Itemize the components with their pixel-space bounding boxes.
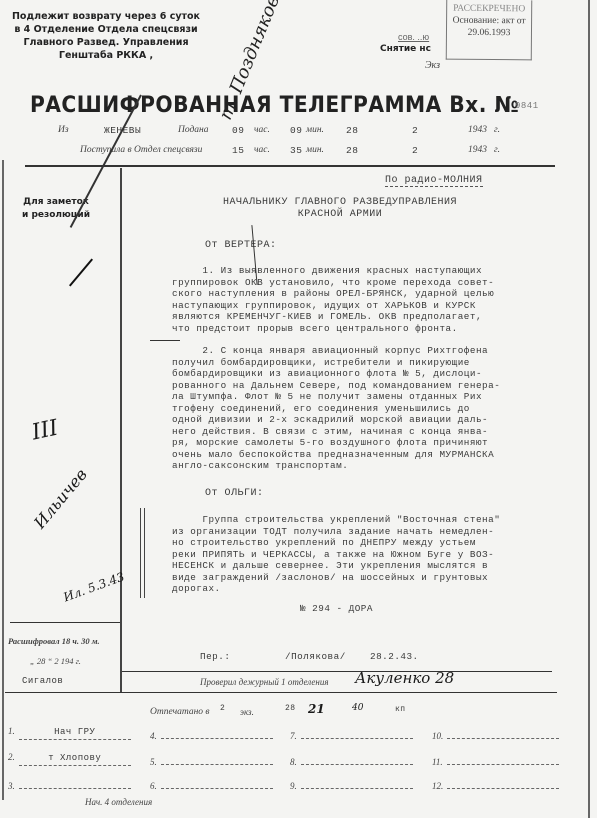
text-line: англо-саксонским транспортам. xyxy=(172,460,500,472)
distribution-recipient xyxy=(301,726,413,739)
text-line: реки ПРИПЯТЬ и ЧЕРКАССЫ, а также на Южно… xyxy=(172,549,500,561)
divider xyxy=(150,340,180,341)
received-day: 28 xyxy=(346,145,358,156)
distribution-recipient xyxy=(161,752,273,765)
year-suffix: г. xyxy=(494,145,500,155)
distribution-item: 6. xyxy=(150,776,273,791)
text-line: одной дивизии и 2-х эскадрилий морской а… xyxy=(172,414,500,426)
text-line: бомбардировщики из авиационного флота № … xyxy=(172,368,500,380)
text-line: него действия. В связи с этим, начиная с… xyxy=(172,426,500,438)
distribution-item: 4. xyxy=(150,726,273,741)
distribution-recipient xyxy=(19,776,131,789)
pen-stroke xyxy=(69,258,93,286)
roman-numeral: III xyxy=(30,416,61,446)
text-line: группировок ОКВ установило, что кроме пе… xyxy=(172,277,494,289)
paragraph-1: 1. Из выявленного движения красных насту… xyxy=(172,265,494,334)
distribution-recipient: т Хлопову xyxy=(19,753,131,766)
paragraph-3: Группа строительства укреплений "Восточн… xyxy=(172,514,500,595)
sent-month: 2 xyxy=(412,125,418,136)
received-month: 2 xyxy=(412,145,418,156)
distribution-item: 3. xyxy=(8,776,131,791)
sent-year: 1943 xyxy=(468,125,487,135)
decrypted-date: „ 28 “ 2 194 г. xyxy=(30,656,81,666)
copies-label: Экз xyxy=(425,60,440,71)
distribution-recipient xyxy=(301,752,413,765)
page-edge xyxy=(588,0,590,818)
distribution-number: 12. xyxy=(432,781,443,791)
divider xyxy=(122,671,552,672)
text-line: но строительство укреплений по ДНЕПРУ ме… xyxy=(172,537,500,549)
printed-time: 21 xyxy=(308,702,325,716)
translator-label: Пер.: xyxy=(200,651,230,663)
sent-hour: 09 xyxy=(232,125,244,136)
distribution-recipient xyxy=(301,776,413,789)
received-label: Поступила в Отдел спецсвязи xyxy=(80,145,202,155)
text-line: НЕСЕНСК и дальше севернее. Эти укреплени… xyxy=(172,560,500,572)
distribution-recipient xyxy=(447,752,559,765)
footer-label: Нач. 4 отделения xyxy=(85,797,152,807)
copies-label: экз. xyxy=(240,707,254,717)
distribution-number: 10. xyxy=(432,731,443,741)
distribution-recipient xyxy=(161,776,273,789)
printed-extra: 40 xyxy=(352,703,363,713)
received-hour: 15 xyxy=(232,145,244,156)
text-line: виде заграждений /заслонов/ на шоссейных… xyxy=(172,572,500,584)
return-note: Подлежит возврату через 6 суток в 4 Отде… xyxy=(6,10,206,62)
paragraph-2: 2. С конца января авиационный корпус Рих… xyxy=(172,345,500,472)
declassified-stamp: РАССЕКРЕЧЕНО Основание: акт от 29.06.199… xyxy=(446,0,533,60)
distribution-number: 2. xyxy=(8,752,15,762)
text-line: очень мало беспокойства предназначенным … xyxy=(172,449,500,461)
incoming-number: 9841 xyxy=(515,101,539,111)
secret-label: сов. ..ю xyxy=(398,32,429,42)
distribution-number: 9. xyxy=(290,781,297,791)
printed-suffix: кп xyxy=(395,705,406,714)
printed-date: 28 xyxy=(285,704,296,713)
printed-label: Отпечатано в xyxy=(150,707,210,717)
distribution-item: 8. xyxy=(290,752,413,767)
sent-label: Подана xyxy=(178,125,209,135)
distribution-item: 11. xyxy=(432,752,559,767)
hour-label: час. xyxy=(254,145,270,155)
distribution-number: 6. xyxy=(150,781,157,791)
translator-name: /Полякова/ xyxy=(285,651,346,663)
text-line: тгофену соединений, его соединения умень… xyxy=(172,403,500,415)
distribution-item: 10. xyxy=(432,726,559,741)
margin-mark xyxy=(140,508,141,598)
checked-label: Проверил дежурный 1 отделения xyxy=(200,677,329,687)
removal-label: Снятие нс xyxy=(380,44,431,54)
distribution-item: 12. xyxy=(432,776,559,791)
document-title: РАСШИФРОВАННАЯ ТЕЛЕГРАММА Вх. № xyxy=(30,93,519,118)
sent-day: 28 xyxy=(346,125,358,136)
distribution-number: 3. xyxy=(8,781,15,791)
distribution-item: 2.т Хлопову xyxy=(8,752,131,766)
text-line: Группа строительства укреплений "Восточн… xyxy=(172,514,500,526)
text-line: рованного на Дальнем Севере, под командо… xyxy=(172,380,500,392)
received-min: 35 xyxy=(290,145,302,156)
text-line: ла Штумпфа. Флот № 5 не получит замены о… xyxy=(172,391,500,403)
distribution-item: 1.Нач ГРУ xyxy=(8,726,131,740)
text-line: 2. С конца января авиационный корпус Рих… xyxy=(172,345,500,357)
handwritten-signature: Ильичев xyxy=(30,465,91,532)
text-line: ского наступления в районы ОРЕЛ-БРЯНСК, … xyxy=(172,288,494,300)
distribution-recipient: Нач ГРУ xyxy=(19,727,131,740)
signature-code: № 294 - ДОРА xyxy=(300,603,373,615)
distribution-number: 7. xyxy=(290,731,297,741)
distribution-recipient xyxy=(161,726,273,739)
text-line: получил бомбардировщики, истребители и п… xyxy=(172,357,500,369)
text-line: из организации ТОДТ получила задание нач… xyxy=(172,526,500,538)
year-suffix: г. xyxy=(494,125,500,135)
from-label: Из xyxy=(58,125,69,135)
text-line: ря, морские самолеты 5-го воздушного фло… xyxy=(172,437,500,449)
min-label: мин. xyxy=(306,145,324,155)
text-line: дорогах. xyxy=(172,583,500,595)
column-divider xyxy=(120,168,122,693)
printed-copies: 2 xyxy=(220,704,225,713)
source-olga: От ОЛЬГИ: xyxy=(205,488,264,500)
distribution-number: 11. xyxy=(432,757,443,767)
hour-label: час. xyxy=(254,125,270,135)
distribution-number: 8. xyxy=(290,757,297,767)
decryptor-name: Сигалов xyxy=(22,676,63,686)
text-line: что предстоит прорыв всего центрального … xyxy=(172,323,494,335)
handwritten-initials: Ил. 5.3.43 xyxy=(62,569,127,604)
distribution-item: 5. xyxy=(150,752,273,767)
received-year: 1943 xyxy=(468,145,487,155)
page-edge xyxy=(2,160,4,800)
sent-min: 09 xyxy=(290,125,302,136)
text-line: являются КРЕМЕНЧУГ-КИЕВ и ГОМЕЛЬ. ОКВ пр… xyxy=(172,311,494,323)
checker-signature: Акуленко 28 xyxy=(355,669,454,687)
distribution-recipient xyxy=(447,726,559,739)
text-line: 1. Из выявленного движения красных насту… xyxy=(172,265,494,277)
distribution-number: 5. xyxy=(150,757,157,767)
margin-mark xyxy=(144,508,145,598)
divider xyxy=(10,622,120,623)
decrypted-label: Расшифровал 18 ч. 30 м. xyxy=(8,636,100,646)
distribution-recipient xyxy=(447,776,559,789)
source-werther: От ВЕРТЕРА: xyxy=(205,240,277,252)
radio-priority: По радио-МОЛНИЯ xyxy=(385,175,483,187)
text-line: наступающих группировок, идущих от ХАРЬК… xyxy=(172,300,494,312)
divider xyxy=(5,692,557,693)
addressee: НАЧАЛЬНИКУ ГЛАВНОГО РАЗВЕДУПРАВЛЕНИЯ КРА… xyxy=(175,197,505,221)
distribution-number: 1. xyxy=(8,726,15,736)
distribution-item: 9. xyxy=(290,776,413,791)
distribution-item: 7. xyxy=(290,726,413,741)
distribution-number: 4. xyxy=(150,731,157,741)
min-label: мин. xyxy=(306,125,324,135)
translator-date: 28.2.43. xyxy=(370,651,419,663)
